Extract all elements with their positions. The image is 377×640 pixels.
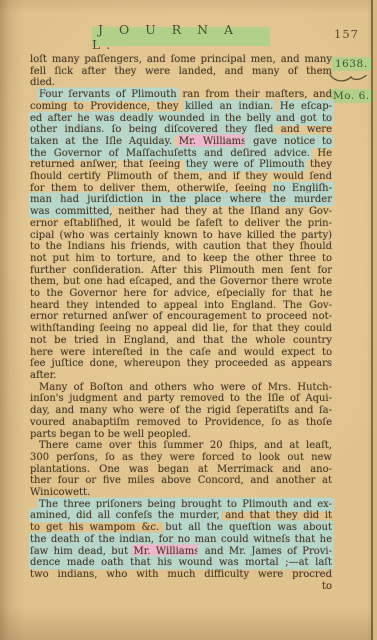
text-span: to get his wampom &c.	[30, 522, 165, 533]
margin-year-badge: 1638.	[332, 57, 371, 71]
text-line: dence made oath that his wound was morta…	[30, 557, 332, 569]
blue-highlighted-text: was committed	[30, 206, 109, 217]
text-line: Four ſervants of Plimouth ran from their…	[30, 89, 332, 101]
text-line: not put him to torture, and to keep the …	[30, 253, 332, 265]
blue-highlighted-text: no Engliſh-	[273, 183, 332, 194]
page-number: 157	[334, 27, 359, 41]
text-line: man had juriſdiction in the place where …	[30, 194, 332, 206]
text-span: after.	[30, 370, 56, 381]
blue-highlighted-text: the death of the indian, for no man coul…	[30, 534, 332, 545]
blue-highlighted-text: amined, did all confeſs the murder,	[30, 510, 220, 521]
text-span: , neither had they at the Iſland any Gov…	[109, 206, 332, 217]
text-span: He	[310, 148, 332, 159]
text-line: was committed, neither had they at the I…	[30, 206, 332, 218]
text-line: them, but one had eſcaped, and the Gover…	[30, 276, 332, 288]
text-span: not be tried in England, and that the wh…	[30, 335, 332, 346]
text-line: other indians. ſo being diſcovered they …	[30, 124, 332, 136]
text-line: to the Indians his friends, with caution…	[30, 241, 332, 253]
text-line: ernor returned anſwer of encouragement t…	[30, 311, 332, 323]
text-line: two indians, who with much difficulty we…	[30, 569, 332, 581]
text-line: further conſideration. After this Plimou…	[30, 265, 332, 277]
text-span: ran from their maſters, and	[177, 89, 332, 100]
blue-highlighted-text: man had juriſdiction in the place where …	[30, 194, 332, 205]
text-line: Many of Boſton and others who were of Mr…	[30, 382, 332, 394]
text-line: Winicowett.	[30, 487, 332, 499]
under-brace-icon	[328, 73, 370, 84]
text-span: day, and many who were of the rigid ſepe…	[30, 405, 332, 416]
text-span: plantations. One was began at Merrimack …	[30, 464, 332, 475]
pink-highlighted-text: Mr. Williams	[133, 546, 199, 557]
text-line: died.	[30, 77, 332, 89]
blue-highlighted-text: and Mr. James of Provi-	[199, 546, 332, 557]
text-line: ther four or five miles above Concord, a…	[30, 475, 332, 487]
blue-highlighted-text: but all the queſtion was about	[165, 522, 332, 533]
text-span: 300 perſons, ſo as they were forced to l…	[30, 452, 332, 463]
blue-highlighted-text: killed an indian.	[185, 101, 273, 112]
text-span: voured anabaptiſm removed to Providence,…	[30, 417, 332, 428]
text-span: two indians, who with much difficulty we…	[30, 569, 332, 580]
text-span: further conſideration. After this Plimou…	[30, 265, 332, 276]
blue-highlighted-text: He eſcap-	[280, 101, 332, 112]
text-line: day, and many who were of the rigid ſepe…	[30, 405, 332, 417]
text-line: There came over this ſummer 20 ſhips, an…	[30, 440, 332, 452]
text-line: ed after he was deadly wounded in the be…	[30, 113, 332, 125]
page-title: J O U R N A L.	[92, 27, 270, 46]
text-line: here were intereſted in the caſe and wou…	[30, 347, 332, 359]
text-line: amined, did all confeſs the murder, and …	[30, 510, 332, 522]
text-span: parts began to be well peopled.	[30, 429, 191, 440]
blue-highlighted-text: taken at the Iſle Aquiday.	[30, 136, 172, 147]
text-span: not put him to torture, and to keep the …	[30, 253, 332, 264]
text-span: for them to deliver them, otherwiſe, ſee…	[30, 183, 273, 194]
journal-page: J O U R N A L. 157 1638. Mo. 6. loſt man…	[0, 0, 377, 640]
text-span: heard they intended to appeal into Engla…	[30, 300, 332, 311]
text-line: loſt many paſſengers, and ſome principal…	[30, 54, 332, 66]
text-line: for them to deliver them, otherwiſe, ſee…	[30, 183, 332, 195]
text-line: parts began to be well peopled.	[30, 429, 332, 441]
text-line: ſee juſtice done, whereupon they proceed…	[30, 358, 332, 370]
text-line: returned anſwer, that ſeeing they were o…	[30, 159, 332, 171]
text-span: Winicowett.	[30, 487, 90, 498]
blue-highlighted-text: The three priſoners being brought to Pli…	[39, 499, 332, 510]
text-line: coming to Providence, they killed an ind…	[30, 101, 332, 113]
text-line: fell ſick after they were landed, and ma…	[30, 66, 332, 78]
text-line: to the Governor here for advice, eſpecia…	[30, 288, 332, 300]
text-span: There came over this ſummer 20 ſhips, an…	[39, 440, 332, 451]
body-text: loſt many paſſengers, and ſome principal…	[30, 54, 332, 592]
text-line: ſhould certify Plimouth of them, and if …	[30, 171, 332, 183]
text-span: here were intereſted in the caſe and wou…	[30, 347, 332, 358]
text-span: ernor returned anſwer of encouragement t…	[30, 311, 332, 322]
text-span: to the Indians his friends, with caution…	[30, 241, 332, 252]
text-line: the death of the indian, for no man coul…	[30, 534, 332, 546]
text-span	[273, 101, 280, 112]
margin-month-badge: Mo. 6.	[330, 89, 373, 103]
page-right-edge	[373, 0, 377, 640]
text-line: not be tried in England, and that the wh…	[30, 335, 332, 347]
text-line: ſaw him dead, but Mr. Williams and Mr. J…	[30, 546, 332, 558]
text-span: them, but one had eſcaped, and the Gover…	[30, 276, 332, 287]
text-span: died.	[30, 77, 55, 88]
text-span: loſt many paſſengers, and ſome principal…	[30, 54, 332, 65]
text-span: ernor eſtabliſhed, it would be ſafeſt to…	[30, 218, 332, 229]
text-line: cipal (who was certainly known to have k…	[30, 230, 332, 242]
text-span: withſtanding ſeeing no appeal did lie, f…	[30, 323, 332, 334]
text-line: withſtanding ſeeing no appeal did lie, f…	[30, 323, 332, 335]
blue-highlighted-text: dence made oath that his wound was morta…	[30, 557, 332, 568]
text-span: and that they did it	[220, 510, 332, 521]
text-span: Many of Boſton and others who were of Mr…	[39, 382, 332, 393]
text-span: ſhould certify Plimouth of them, and if …	[30, 171, 332, 182]
text-line: to get his wampom &c. but all the queſti…	[30, 522, 332, 534]
text-span: ther four or five miles above Concord, a…	[30, 475, 332, 486]
page-edge-line	[371, 0, 373, 640]
blue-highlighted-text: ſaw him dead, but	[30, 546, 133, 557]
text-line: voured anabaptiſm removed to Providence,…	[30, 417, 332, 429]
text-span: they	[305, 159, 332, 170]
text-span: and were	[273, 124, 332, 135]
text-line: after.	[30, 370, 332, 382]
text-line: ernor eſtabliſhed, it would be ſafeſt to…	[30, 218, 332, 230]
blue-highlighted-text: gave notice to	[246, 136, 332, 147]
text-span: coming to Providence, they	[30, 101, 185, 112]
text-line: 300 perſons, ſo as they were forced to l…	[30, 452, 332, 464]
text-span: ſee juſtice done, whereupon they proceed…	[30, 358, 332, 369]
text-line: inſon's judgment and party removed to th…	[30, 393, 332, 405]
text-line: the Governor of Maſſachuſetts and deſire…	[30, 148, 332, 160]
text-span: inſon's judgment and party removed to th…	[30, 393, 332, 404]
text-line: taken at the Iſle Aquiday. Mr. Williams …	[30, 136, 332, 148]
blue-highlighted-text: other indians. ſo being diſcovered they …	[30, 124, 273, 135]
text-line: heard they intended to appeal into Engla…	[30, 300, 332, 312]
catchword-line: to	[30, 581, 332, 593]
blue-highlighted-text: ed after he was deadly wounded in the be…	[30, 113, 332, 124]
blue-highlighted-text: they were of Plimouth	[186, 159, 305, 170]
text-span: to	[322, 581, 332, 592]
margin-notes: 1638. Mo. 6.	[330, 52, 376, 103]
pink-highlighted-text: Mr. Williams	[179, 136, 246, 147]
text-span: fell ſick after they were landed, and ma…	[30, 66, 332, 77]
text-span	[172, 136, 179, 147]
text-span: cipal (who was certainly known to have k…	[30, 230, 332, 241]
text-span: returned anſwer, that ſeeing	[30, 159, 186, 170]
text-line: plantations. One was began at Merrimack …	[30, 464, 332, 476]
blue-highlighted-text: Four ſervants of Plimouth	[39, 89, 177, 100]
blue-highlighted-text: the Governor of Maſſachuſetts and deſire…	[30, 148, 310, 159]
text-line: The three priſoners being brought to Pli…	[30, 499, 332, 511]
text-span: to the Governor here for advice, eſpecia…	[30, 288, 332, 299]
